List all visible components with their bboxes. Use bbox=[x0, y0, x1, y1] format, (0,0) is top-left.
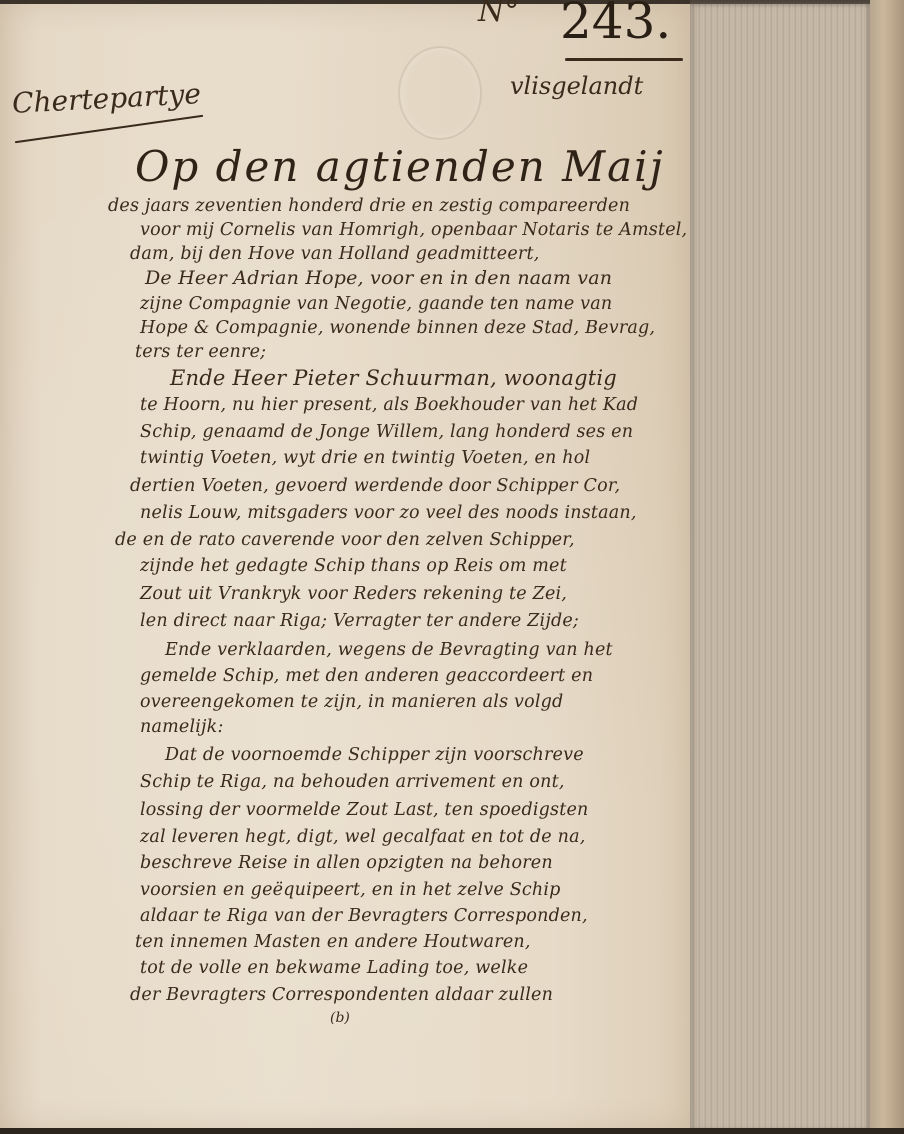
text-line: Schip te Riga, na behouden arrivement en… bbox=[140, 772, 565, 792]
text-line: Schip, genaamd de Jonge Willem, lang hon… bbox=[140, 422, 633, 442]
embossed-seal bbox=[398, 46, 482, 140]
text-line: voor mij Cornelis van Homrigh, openbaar … bbox=[140, 220, 687, 240]
page-edges-stack bbox=[690, 4, 870, 1130]
text-line: te Hoorn, nu hier present, als Boekhoude… bbox=[140, 395, 638, 415]
text-line: Zout uit Vrankryk voor Reders rekening t… bbox=[140, 584, 567, 604]
text-line: De Heer Adrian Hope, voor en in den naam… bbox=[145, 267, 612, 289]
text-line: twintig Voeten, wyt drie en twintig Voet… bbox=[140, 448, 590, 468]
text-line: gemelde Schip, met den anderen geaccorde… bbox=[140, 666, 593, 686]
text-line: der Bevragters Correspondenten aldaar zu… bbox=[130, 985, 553, 1005]
text-line: ten innemen Masten en andere Houtwaren, bbox=[135, 932, 531, 952]
catchword-mark: (b) bbox=[330, 1010, 350, 1026]
bottom-shadow bbox=[0, 1128, 904, 1134]
text-line: ters ter eenre; bbox=[135, 342, 266, 362]
text-line: Hope & Compagnie, wonende binnen deze St… bbox=[140, 318, 655, 338]
text-line: dam, bij den Hove van Holland geadmittee… bbox=[130, 244, 539, 264]
text-line: beschreve Reise in allen opzigten na beh… bbox=[140, 853, 553, 873]
text-line: dertien Voeten, gevoerd werdende door Sc… bbox=[130, 476, 620, 496]
text-line: Ende Heer Pieter Schuurman, woonagtig bbox=[170, 366, 617, 390]
number-flourish: N° bbox=[478, 0, 519, 29]
page-number-underline bbox=[565, 58, 683, 61]
text-line: overeengekomen te zijn, in manieren als … bbox=[140, 692, 563, 712]
text-line: nelis Louw, mitsgaders voor zo veel des … bbox=[140, 503, 637, 523]
text-line: voorsien en geëquipeert, en in het zelve… bbox=[140, 880, 561, 900]
text-line: lossing der voormelde Zout Last, ten spo… bbox=[140, 800, 589, 820]
text-line: Ende verklaarden, wegens de Bevragting v… bbox=[165, 640, 613, 660]
text-line: de en de rato caverende voor den zelven … bbox=[115, 530, 575, 550]
text-line: len direct naar Riga; Verragter ter ande… bbox=[140, 611, 579, 631]
text-line: aldaar te Riga van der Bevragters Corres… bbox=[140, 906, 588, 926]
text-line: zal leveren hegt, digt, wel gecalfaat en… bbox=[140, 827, 585, 847]
text-line: tot de volle en bekwame Lading toe, welk… bbox=[140, 958, 528, 978]
document-heading: Op den agtienden Maij bbox=[135, 142, 665, 191]
page-number: 243. bbox=[560, 0, 671, 50]
text-line: zijnde het gedagte Schip thans op Reis o… bbox=[140, 556, 567, 576]
text-line: Dat de voornoemde Schipper zijn voorschr… bbox=[165, 745, 584, 765]
text-line: des jaars zeventien honderd drie en zest… bbox=[108, 196, 630, 216]
text-line: zijne Compagnie van Negotie, gaande ten … bbox=[140, 294, 612, 314]
text-line: namelijk: bbox=[140, 717, 224, 737]
book-cover-edge bbox=[870, 0, 904, 1134]
location-note: vlisgelandt bbox=[510, 72, 643, 100]
